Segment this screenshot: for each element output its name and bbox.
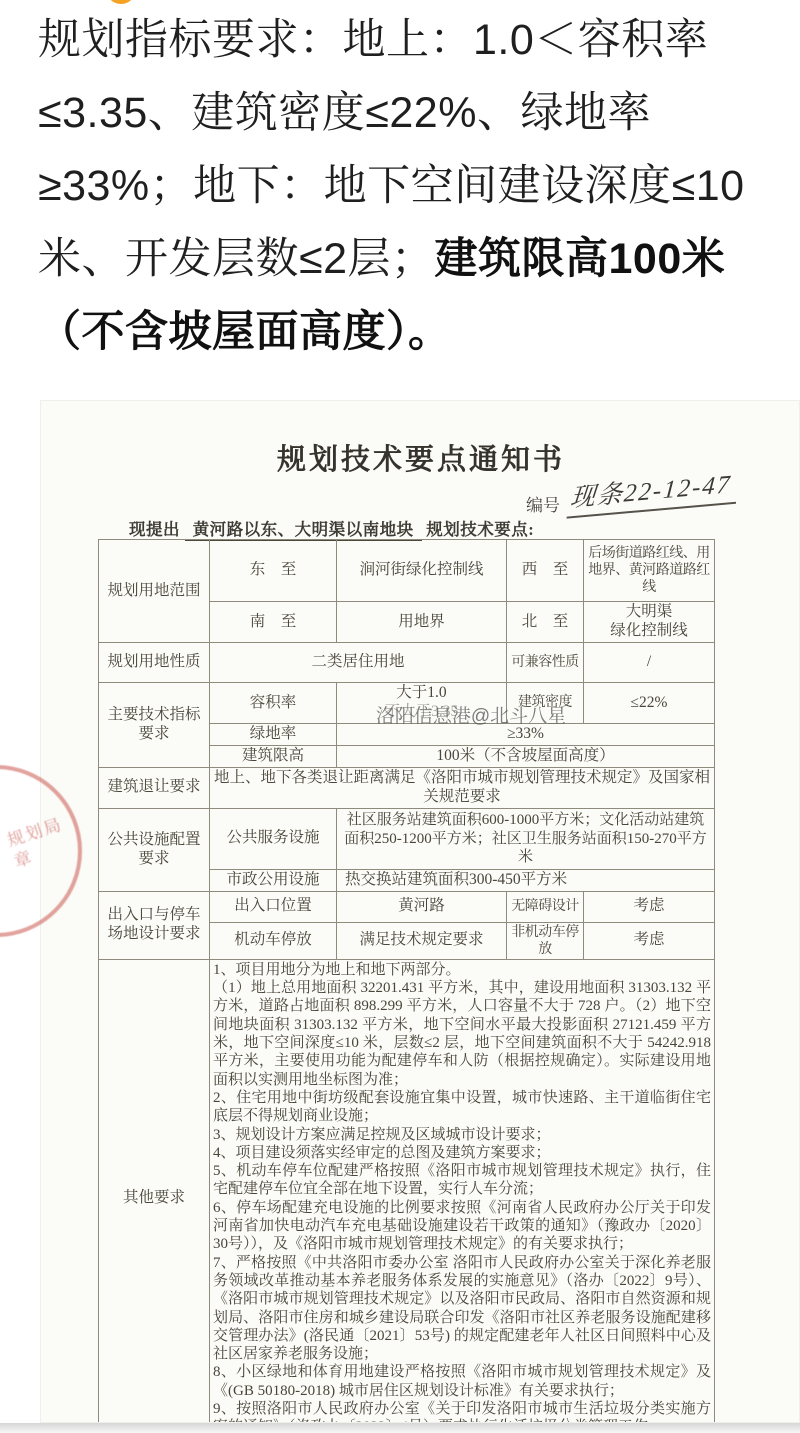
other-requirement-item: 6、停车场配建充电设施的比例要求按照《河南省人民政府办公厅关于印发河南省加快电动… <box>213 1199 711 1254</box>
cell-motor-label: 机动车停放 <box>210 922 337 959</box>
other-requirement-item: 8、小区绿地和体育用地建设严格按照《洛阳市城市规划管理技术规定》及《(GB 50… <box>213 1363 711 1400</box>
cell-barrier-free-label: 无障碍设计 <box>507 891 584 922</box>
image-bottom-edge <box>0 1423 800 1433</box>
intro-suffix: 规划技术要点: <box>426 520 534 539</box>
cell-non-motor-value: 考虑 <box>584 922 715 959</box>
table-row: 公共设施配置要求 公共服务设施 社区服务站建筑面积600-1000平方米；文化活… <box>99 808 715 869</box>
post-page: 规划指标要求：地上：1.0＜容积率≤3.35、建筑密度≤22%、绿地率≥33%；… <box>0 0 800 1433</box>
cell-east-label: 东 至 <box>210 540 337 602</box>
planning-points-table: 规划用地范围 东 至 涧河街绿化控制线 西 至 后场街道路红线、用地界、黄河路道… <box>98 539 715 1423</box>
cell-barrier-free-value: 考虑 <box>584 891 715 922</box>
cell-north-value: 大明渠 绿化控制线 <box>584 602 715 643</box>
table-row: 建筑退让要求 地上、地下各类退让距离满足《洛阳市城市规划管理技术规定》及国家相关… <box>99 767 715 808</box>
scanned-document-image: 规划技术要点通知书 编号 现条22-12-47 现提出 黄河路以东、大明渠以南地… <box>40 400 800 1423</box>
other-requirement-item: 5、机动车停车位配建严格按照《洛阳市城市规划管理技术规定》执行，住宅配建停车位宜… <box>213 1162 711 1199</box>
cell-far-label: 容积率 <box>210 683 337 724</box>
intro-prefix: 现提出 <box>129 520 180 539</box>
table-row: 出入口与停车场地设计要求 出入口位置 黄河路 无障碍设计 考虑 <box>99 891 715 922</box>
table-row: 规划用地范围 东 至 涧河街绿化控制线 西 至 后场街道路红线、用地界、黄河路道… <box>99 540 715 602</box>
cell-setback-value: 地上、地下各类退让距离满足《洛阳市城市规划管理技术规定》及国家相关规范要求 <box>210 767 715 808</box>
cell-nature-value: 二类居住用地 <box>210 643 507 683</box>
cell-entrance-value: 黄河路 <box>337 891 507 922</box>
cell-west-label: 西 至 <box>507 540 584 602</box>
other-requirement-item: 4、项目建设须落实经审定的总图及建筑方案要求； <box>213 1144 711 1162</box>
cell-municipal-label: 市政公用设施 <box>210 869 337 891</box>
serial-label: 编号 <box>526 491 560 516</box>
cell-public-service-label: 公共服务设施 <box>210 808 337 869</box>
cell-nature-label: 规划用地性质 <box>99 643 210 683</box>
cell-compatible-label: 可兼容性质 <box>507 643 584 683</box>
cell-setback-label: 建筑退让要求 <box>99 767 210 808</box>
cell-entrance-label: 出入口位置 <box>210 891 337 922</box>
intro-underlined-plot-name: 黄河路以东、大明渠以南地块 <box>185 520 422 541</box>
serial-number-line: 编号 现条22-12-47 <box>526 475 786 525</box>
cell-south-label: 南 至 <box>210 602 337 643</box>
cell-access-label: 出入口与停车场地设计要求 <box>99 891 210 959</box>
cell-south-value: 用地界 <box>337 602 507 643</box>
cell-other-label: 其他要求 <box>99 959 210 1423</box>
other-requirement-item: 9、按照洛阳市人民政府办公室《关于印发洛阳市城市生活垃圾分类实施方案的通知》（洛… <box>213 1400 711 1423</box>
cell-height-value: 100米（不含坡屋面高度） <box>337 745 715 767</box>
table-row: 其他要求 1、项目用地分为地上和地下两部分。 （1）地上总用地面积 32201.… <box>99 959 715 1423</box>
cell-north-label: 北 至 <box>507 602 584 643</box>
cell-non-motor-label: 非机动车停放 <box>507 922 584 959</box>
cell-tech-label: 主要技术指标要求 <box>99 683 210 768</box>
cell-public-label: 公共设施配置要求 <box>99 808 210 891</box>
cell-motor-value: 满足技术规定要求 <box>337 922 507 959</box>
cell-municipal-value: 热交换站建筑面积300-450平方米 <box>337 869 715 891</box>
document-intro-line: 现提出 黄河路以东、大明渠以南地块 规划技术要点: <box>129 516 534 540</box>
cell-east-value: 涧河街绿化控制线 <box>337 540 507 602</box>
table-row: 规划用地性质 二类居住用地 可兼容性质 / <box>99 643 715 683</box>
other-requirement-item: 2、住宅用地中街坊级配套设施宜集中设置，城市快速路、主干道临街住宅底层不得规划商… <box>213 1089 711 1126</box>
cell-density-value: ≤22% <box>584 683 715 724</box>
other-requirement-item: 3、规划设计方案应满足控规及区域城市设计要求； <box>213 1126 711 1144</box>
cell-land-scope-label: 规划用地范围 <box>99 540 210 643</box>
cell-green-label: 绿地率 <box>210 724 337 746</box>
cell-height-label: 建筑限高 <box>210 745 337 767</box>
cell-public-service-value: 社区服务站建筑面积600-1000平方米；文化活动站建筑面积250-1200平方… <box>337 808 715 869</box>
other-requirement-item: 7、严格按照《中共洛阳市委办公室 洛阳市人民政府办公室关于深化养老服务领域改革推… <box>213 1254 711 1364</box>
cell-west-value: 后场街道路红线、用地界、黄河路道路红线 <box>584 540 715 602</box>
site-watermark: 洛阳信息港@北斗八星 <box>376 701 566 728</box>
cell-compatible-value: / <box>584 643 715 683</box>
post-headline: 规划指标要求：地上：1.0＜容积率≤3.35、建筑密度≤22%、绿地率≥33%；… <box>38 4 764 369</box>
cell-other-items: 1、项目用地分为地上和地下两部分。 （1）地上总用地面积 32201.431 平… <box>210 959 715 1423</box>
other-requirement-item: 1、项目用地分为地上和地下两部分。 （1）地上总用地面积 32201.431 平… <box>213 961 711 1089</box>
red-seal-stamp-text: 规划局 章 <box>5 813 76 873</box>
